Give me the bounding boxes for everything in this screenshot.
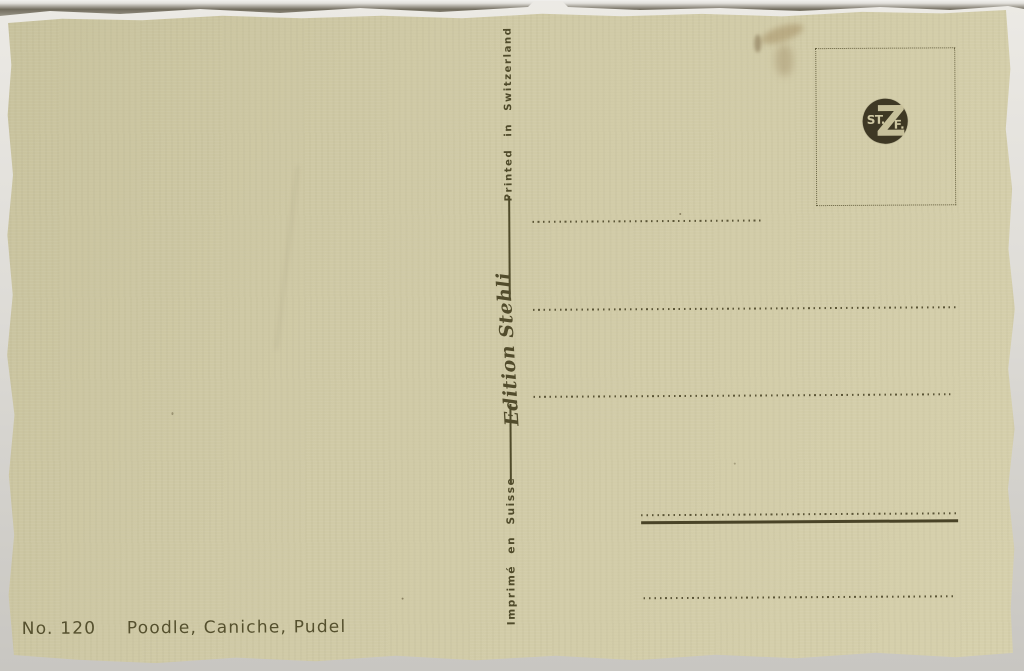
address-line-2: [533, 306, 958, 311]
solid-underline: [641, 519, 958, 524]
ink-speck: [402, 598, 404, 600]
logo-letter-f: F.: [894, 119, 905, 131]
stain-mark: [775, 44, 793, 76]
address-line-4: [641, 512, 959, 516]
edition-stehli-script: Edition Stehli: [493, 272, 524, 427]
stehli-publisher-logo-icon: Z ST. F.: [863, 99, 908, 144]
ink-speck: [679, 213, 681, 215]
logo-letters-st: ST.: [867, 114, 885, 126]
address-line-5: [644, 595, 954, 599]
paper-crease: [275, 166, 299, 350]
printed-in-switzerland-text: Printed in Switzerland: [503, 27, 515, 202]
caption-titles: Poodle, Caniche, Pudel: [127, 617, 347, 638]
address-line-3: [533, 393, 950, 398]
ink-speck: [171, 412, 173, 415]
caption-number: No. 120: [22, 619, 97, 639]
caption: No. 120 Poodle, Caniche, Pudel: [22, 617, 347, 639]
address-line-1: [532, 219, 761, 222]
scanned-postcard-photo: Printed in Switzerland Edition Stehli Im…: [0, 0, 1024, 671]
stain-mark: [754, 34, 761, 52]
imprime-en-suisse-text: Imprimé en Suisse: [505, 477, 518, 626]
postcard-back: Printed in Switzerland Edition Stehli Im…: [2, 9, 1018, 665]
ink-speck: [734, 463, 736, 465]
